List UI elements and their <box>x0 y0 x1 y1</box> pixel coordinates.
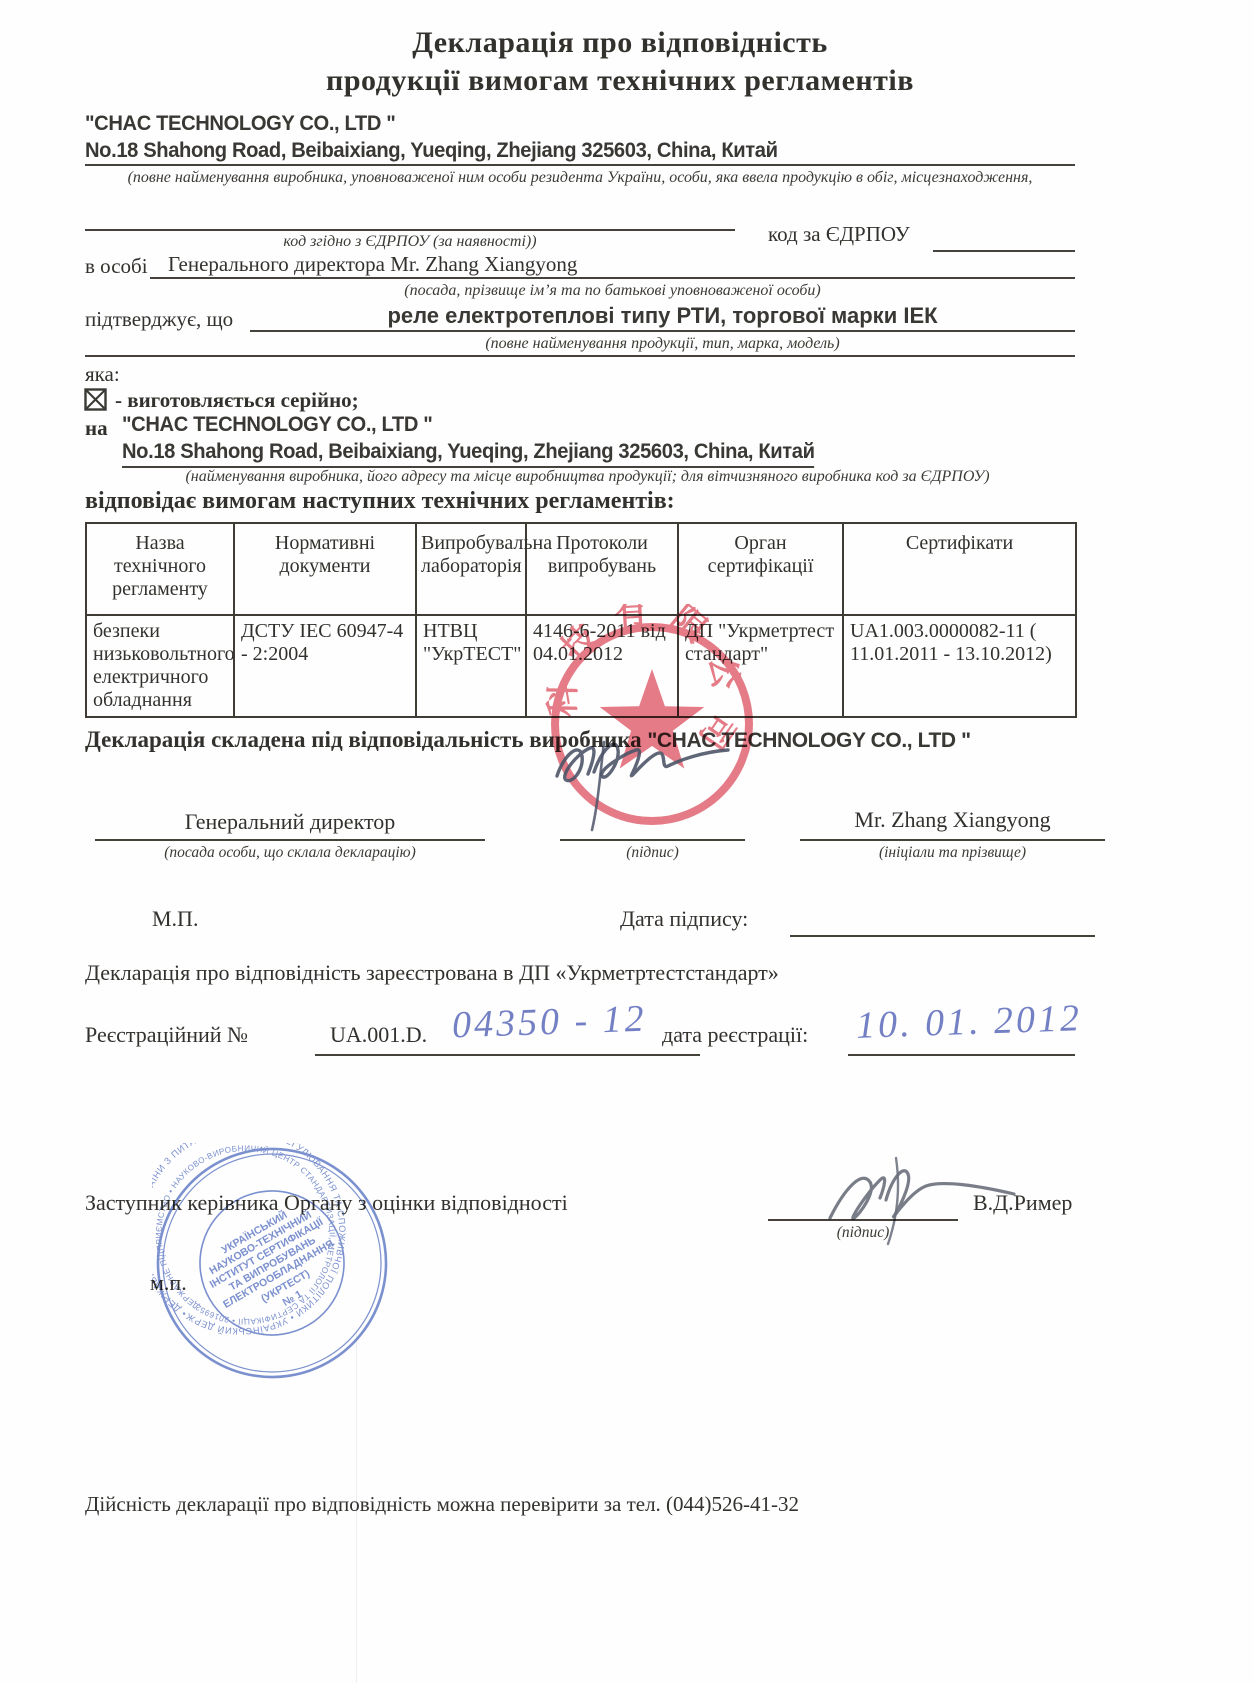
edrpou-label: код за ЄДРПОУ <box>768 222 910 247</box>
edrpou-blank-line-right <box>933 250 1075 252</box>
producer-name: "CHAC TECHNOLOGY CO., LTD " <box>122 413 432 437</box>
rule-under-product <box>250 330 1075 332</box>
product-name: реле електротеплові типу РТИ, торгової м… <box>250 303 1075 329</box>
col-header-organ: Орган сертифікації <box>678 523 843 615</box>
signer-name: Mr. Zhang Xiangyong <box>800 807 1105 833</box>
sign-date-label: Дата підпису: <box>620 906 748 932</box>
footer-verification-text: Дійсність декларації про відповідність м… <box>85 1492 799 1517</box>
serial-production-text: - виготовляється серійно; <box>115 388 359 413</box>
mp-label: М.П. <box>152 906 198 932</box>
person-note: (посада, прізвище ім’я та по батькові уп… <box>150 282 1075 300</box>
signature-note: (підпис) <box>560 844 745 862</box>
rule-under-person <box>150 277 1075 279</box>
manufacturer-name: "CHAC TECHNOLOGY CO., LTD " <box>85 112 395 136</box>
col-header-reglament: Назва технічного регламенту <box>86 523 234 615</box>
person-value: Генерального директора Mr. Zhang Xiangyo… <box>168 252 577 277</box>
approver-signature <box>800 1140 1020 1250</box>
name-line <box>800 839 1105 841</box>
which-label: яка: <box>85 362 120 387</box>
checkbox-serial-icon <box>84 388 107 411</box>
full-width-rule <box>85 355 1075 357</box>
name-note: (ініціали та прізвище) <box>800 844 1105 862</box>
declaration-document: Декларація про відповідність продукції в… <box>0 0 1254 1683</box>
reg-number-handwritten: 04350 - 12 <box>451 997 647 1048</box>
confirm-label: підтверджує, що <box>85 307 233 332</box>
product-note: (повне найменування продукції, тип, марк… <box>250 335 1075 353</box>
table-header-row: Назва технічного регламенту Нормативні д… <box>86 523 1076 615</box>
edrpou-blank-line <box>85 229 735 231</box>
document-title-line2: продукції вимогам технічних регламентів <box>130 64 1110 98</box>
cell-lab: НТВЦ "УкрТЕСТ" <box>416 615 526 717</box>
table-heading: відповідає вимогам наступних технічних р… <box>85 488 675 515</box>
cell-certificates: UA1.003.0000082-11 ( 11.01.2011 - 13.10.… <box>843 615 1076 717</box>
document-title-line1: Декларація про відповідність <box>130 26 1110 60</box>
reg-date-line <box>848 1054 1075 1056</box>
on-label: на <box>85 416 108 441</box>
person-label: в особі <box>85 254 148 279</box>
rule-under-address <box>85 164 1075 166</box>
reg-number-prefix: UA.001.D. <box>330 1022 427 1048</box>
manufacturer-address: No.18 Shahong Road, Beibaixiang, Yueqing… <box>85 139 778 163</box>
red-company-stamp: 科技有限公司 <box>532 604 772 844</box>
reg-number-label: Реєстраційний № <box>85 1022 248 1048</box>
col-header-lab: Випробувальна лабораторія <box>416 523 526 615</box>
registered-statement: Декларація про відповідність зареєстрова… <box>85 960 779 986</box>
signer-position: Генеральний директор <box>95 809 485 835</box>
col-header-certificates: Сертифікати <box>843 523 1076 615</box>
reg-date-label: дата реєстрації: <box>662 1022 808 1048</box>
reg-date-handwritten: 10. 01. 2012 <box>855 996 1082 1048</box>
manufacturer-note: (повне найменування виробника, уповноваж… <box>85 169 1075 187</box>
cell-reglament: безпеки низьковольтного електричного обл… <box>86 615 234 717</box>
position-line <box>95 839 485 841</box>
producer-note: (найменування виробника, його адресу та … <box>100 468 1075 486</box>
edrpou-note: код згідно з ЄДРПОУ (за наявності)) <box>85 233 735 251</box>
col-header-normdoc: Нормативні документи <box>234 523 416 615</box>
reg-number-line <box>315 1054 700 1056</box>
sign-date-line <box>790 935 1095 937</box>
producer-address: No.18 Shahong Road, Beibaixiang, Yueqing… <box>122 440 815 468</box>
cell-normdoc: ДСТУ ІЕС 60947-4 - 2:2004 <box>234 615 416 717</box>
scan-fold-artifact <box>356 1330 357 1683</box>
position-note: (посада особи, що склала декларацію) <box>95 844 485 862</box>
